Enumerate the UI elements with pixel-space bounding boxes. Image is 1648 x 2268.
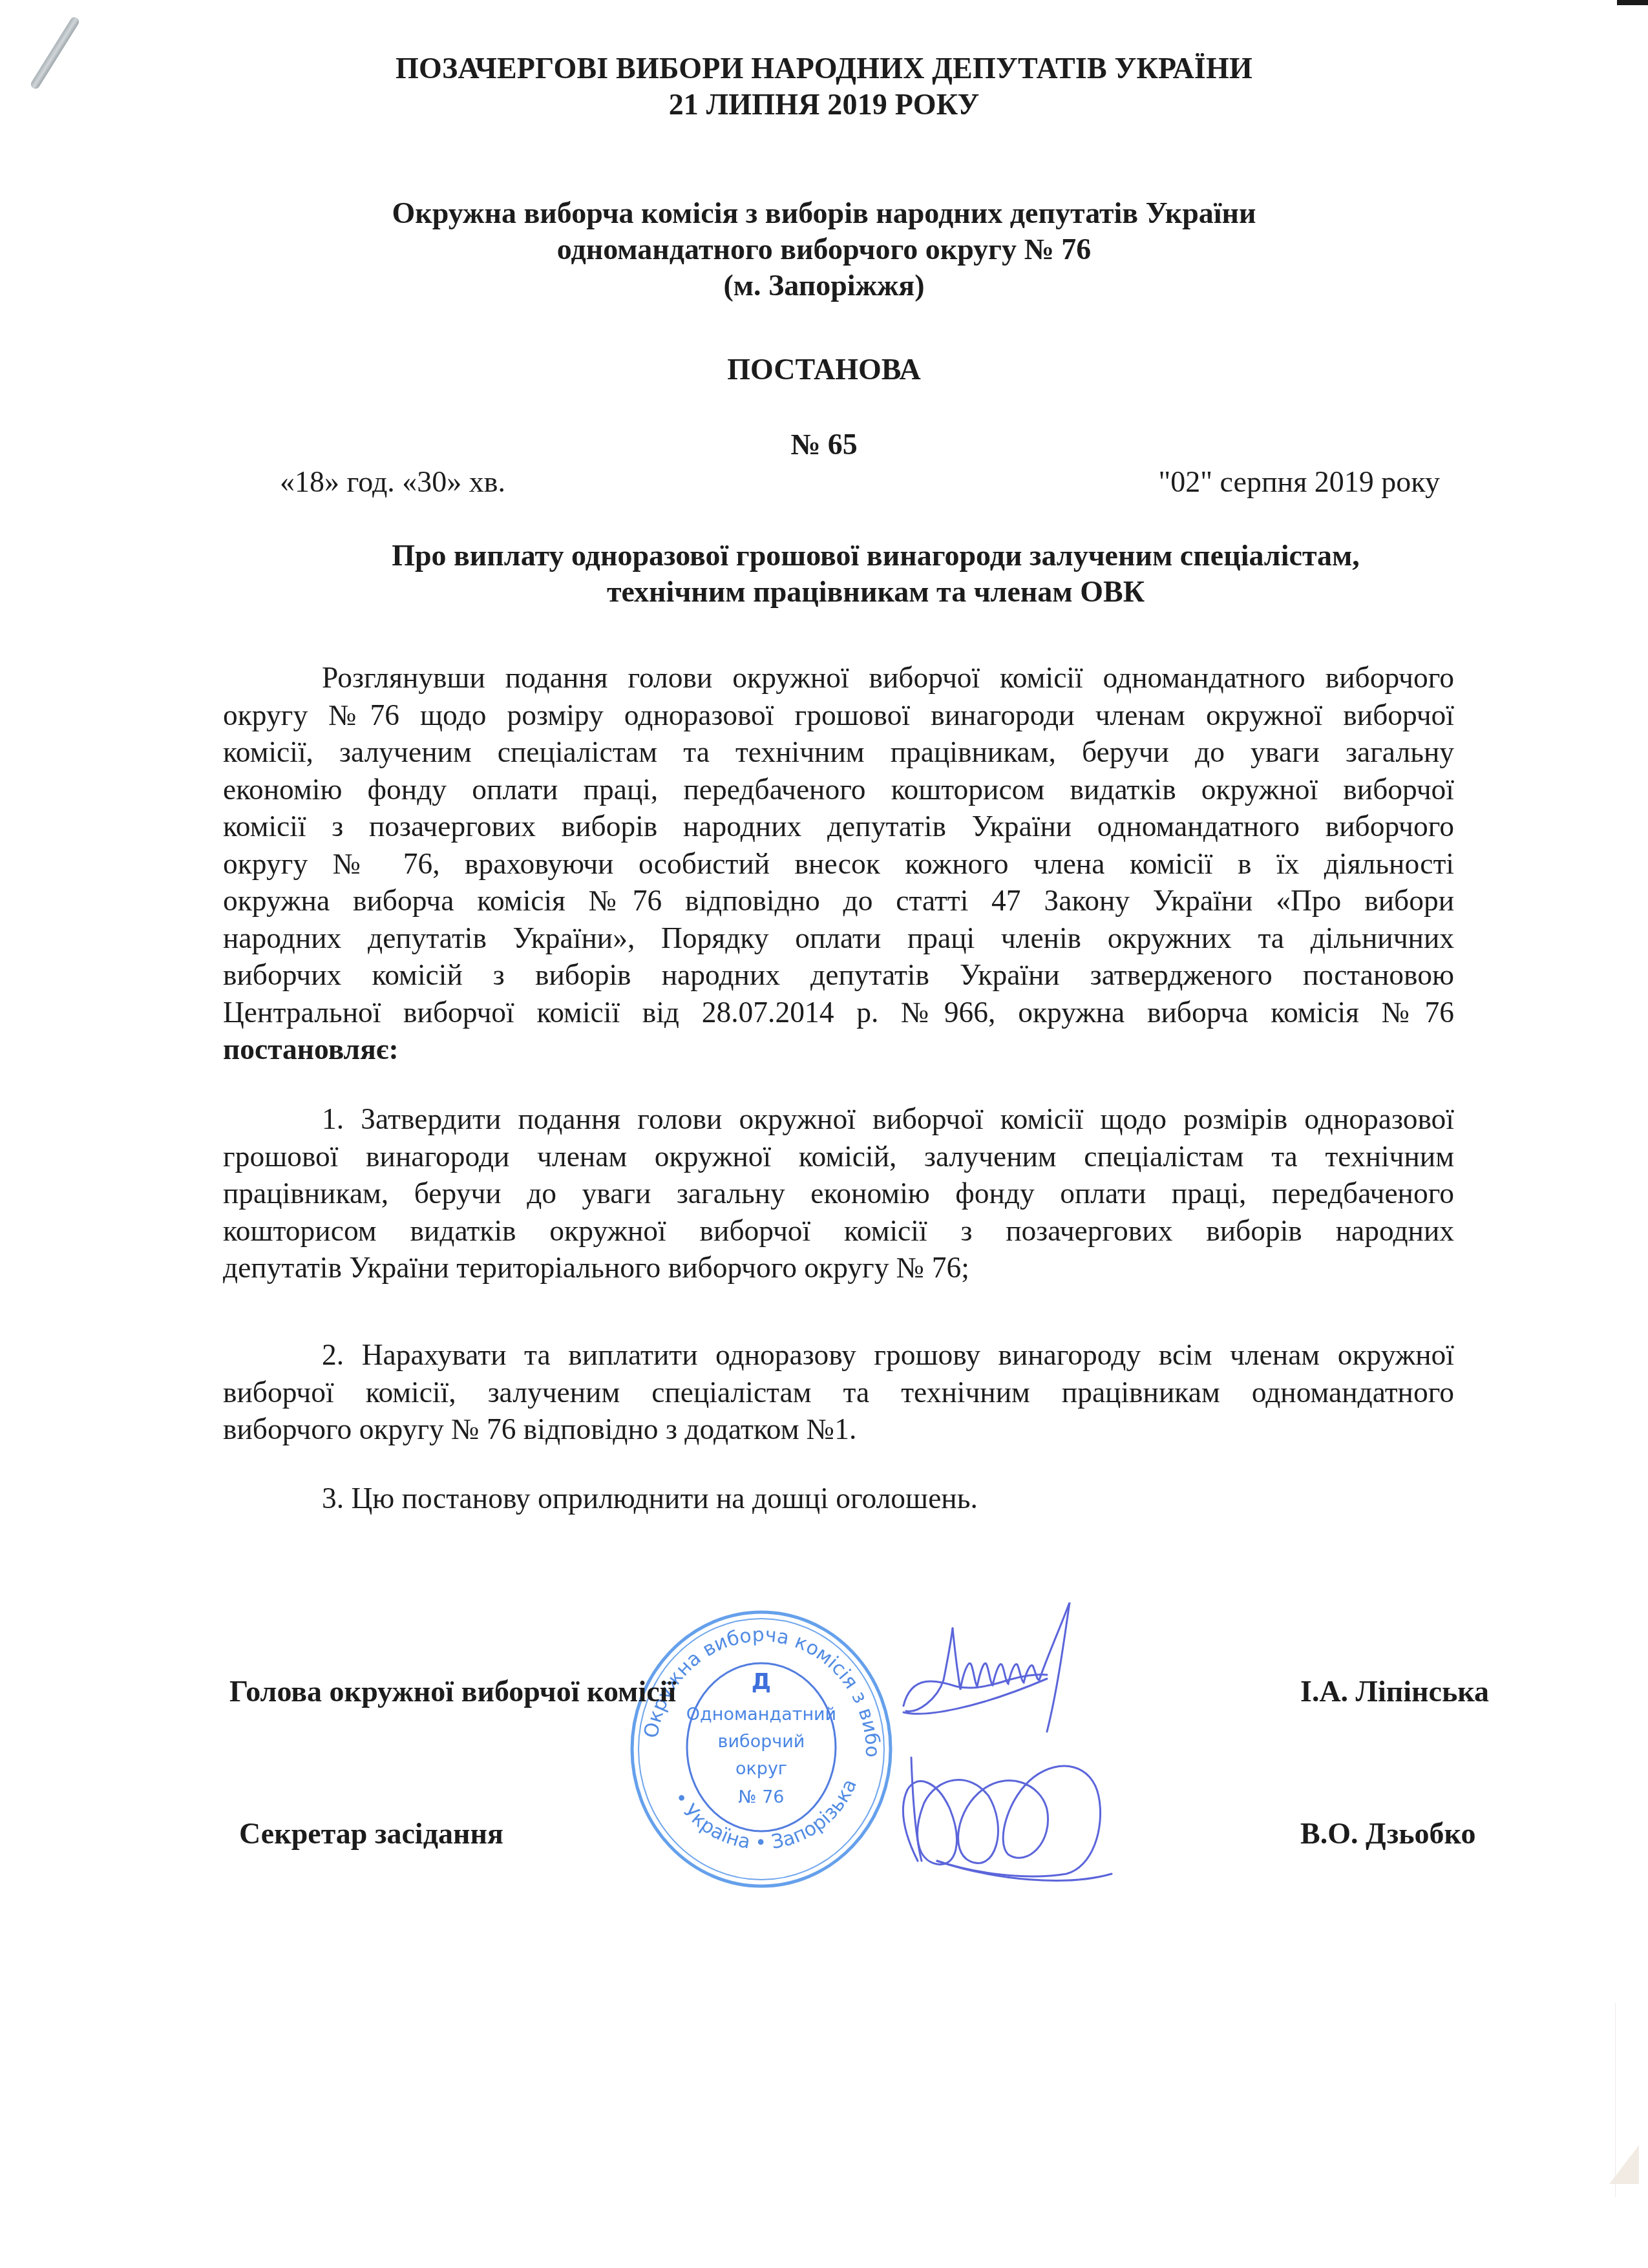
- intro-paragraph: Розглянувши подання голови окружної вибо…: [223, 659, 1454, 1068]
- paragraph-line: 1. Затвердити подання голови окружної ви…: [223, 1100, 1454, 1138]
- resolution-item-3: 3. Цю постанову оприлюднити на дошці ого…: [223, 1480, 1454, 1517]
- handwritten-signatures: [898, 1602, 1234, 1900]
- secretary-title: Секретар засідання: [239, 1816, 503, 1852]
- stamp-center-line: округ: [735, 1759, 787, 1779]
- chair-signature: [903, 1602, 1070, 1732]
- scan-edge-line: [1615, 2003, 1616, 2197]
- paragraph-line: округу № 76, враховуючи особистий внесок…: [223, 845, 1454, 883]
- commission-name: Окружна виборча комісія з виборів народн…: [0, 195, 1648, 231]
- resolution-item-1: 1. Затвердити подання голови окружної ви…: [223, 1100, 1454, 1286]
- page-corner-fold: [1609, 2145, 1639, 2184]
- scan-corner-mark: [1617, 0, 1648, 5]
- document-page: ПОЗАЧЕРГОВІ ВИБОРИ НАРОДНИХ ДЕПУТАТІВ УК…: [0, 0, 1648, 2268]
- election-title: ПОЗАЧЕРГОВІ ВИБОРИ НАРОДНИХ ДЕПУТАТІВ УК…: [0, 50, 1648, 87]
- paragraph-line: працівникам, беручи до уваги загальну ек…: [223, 1175, 1454, 1212]
- official-stamp: Окружна виборча комісія з виборів народн…: [626, 1604, 897, 1888]
- paragraph-line: виборчого округу № 76 відповідно з додат…: [223, 1411, 1454, 1448]
- paragraph-line: 3. Цю постанову оприлюднити на дошці ого…: [223, 1480, 1454, 1517]
- stamp-letter: Д: [752, 1669, 771, 1695]
- paragraph-line: кошторисом видатків окружної виборчої ко…: [223, 1212, 1454, 1250]
- paragraph-line: виборчих комісій з виборів народних депу…: [223, 956, 1454, 994]
- document-subject: Про виплату одноразової грошової винагор…: [246, 538, 1480, 610]
- paragraph-line: економію фонду оплати праці, передбачено…: [223, 771, 1454, 808]
- secretary-signature: [903, 1758, 1112, 1880]
- paragraph-line: Центральної виборчої комісії від 28.07.2…: [223, 994, 1454, 1031]
- paragraph-line: окружна виборча комісія №76 відповідно д…: [223, 882, 1454, 919]
- election-header: ПОЗАЧЕРГОВІ ВИБОРИ НАРОДНИХ ДЕПУТАТІВ УК…: [0, 50, 1648, 123]
- document-type: ПОСТАНОВА: [0, 352, 1648, 388]
- paragraph-line: грошової винагороди членам окружної комі…: [223, 1138, 1454, 1175]
- paragraph-line: виборчої комісії, залученим спеціалістам…: [223, 1374, 1454, 1411]
- election-date: 21 ЛИПНЯ 2019 РОКУ: [0, 87, 1648, 123]
- chair-name: І.А. Ліпінська: [1300, 1674, 1489, 1710]
- paragraph-line: Розглянувши подання голови окружної вибо…: [223, 659, 1454, 697]
- secretary-name: В.О. Дзьобко: [1300, 1816, 1475, 1852]
- stamp-center-line: Одномандатний: [686, 1705, 836, 1725]
- commission-header: Окружна виборча комісія з виборів народн…: [0, 195, 1648, 304]
- document-date: "02" серпня 2019 року: [1158, 464, 1440, 500]
- paragraph-line: комісії, залученим спеціалістам та техні…: [223, 733, 1454, 771]
- subject-line: технічним працівникам та членам ОВК: [271, 574, 1480, 610]
- commission-city: (м. Запоріжжя): [0, 268, 1648, 304]
- subject-line: Про виплату одноразової грошової винагор…: [271, 538, 1480, 574]
- paragraph-line: комісії з позачергових виборів народних …: [223, 808, 1454, 845]
- paragraph-line: округу №76 щодо розміру одноразової грош…: [223, 697, 1454, 734]
- commission-district: одномандатного виборчого округу № 76: [0, 231, 1648, 268]
- paragraph-line: депутатів України територіального виборч…: [223, 1249, 1454, 1286]
- chair-title: Голова окружної виборчої комісії: [229, 1674, 676, 1710]
- stamp-center-line: виборчий: [718, 1732, 805, 1752]
- stamp-center-line: № 76: [738, 1787, 784, 1807]
- paragraph-line: 2. Нарахувати та виплатити одноразову гр…: [223, 1336, 1454, 1374]
- resolution-item-2: 2. Нарахувати та виплатити одноразову гр…: [223, 1336, 1454, 1448]
- document-number: № 65: [0, 426, 1648, 463]
- paragraph-line: народних депутатів України», Порядку опл…: [223, 919, 1454, 957]
- document-time: «18» год. «30» хв.: [280, 464, 505, 500]
- resolves-label: постановляє:: [223, 1031, 1454, 1068]
